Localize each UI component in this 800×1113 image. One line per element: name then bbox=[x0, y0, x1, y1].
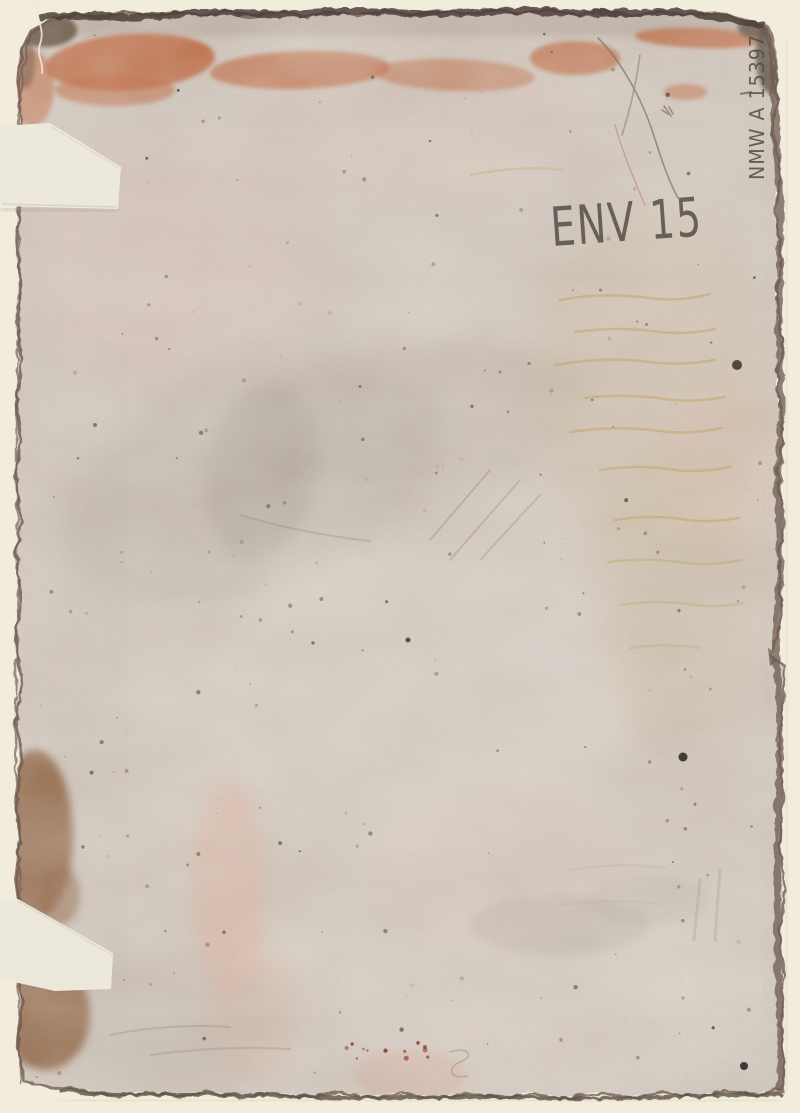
speckle bbox=[283, 501, 286, 504]
speckle bbox=[675, 403, 678, 406]
speckle bbox=[240, 615, 243, 618]
speckle bbox=[177, 89, 180, 92]
speckle bbox=[217, 813, 218, 814]
speckle bbox=[750, 825, 753, 828]
speckle bbox=[319, 101, 321, 103]
speckle bbox=[710, 341, 712, 343]
speckle bbox=[383, 929, 387, 933]
speckle bbox=[416, 1041, 420, 1045]
speckle bbox=[709, 688, 712, 691]
speckle bbox=[126, 834, 129, 837]
speckle bbox=[385, 600, 388, 603]
speckle bbox=[265, 583, 267, 585]
speckle bbox=[365, 478, 369, 482]
speckle bbox=[49, 590, 53, 594]
speckle bbox=[431, 262, 435, 266]
speckle bbox=[192, 311, 193, 312]
artwork-photo: ENV 15 NMW A 15397 bbox=[0, 0, 800, 1113]
speckle bbox=[697, 264, 699, 266]
fleck bbox=[740, 1062, 748, 1070]
speckle bbox=[648, 689, 651, 692]
speckle bbox=[121, 561, 123, 563]
speckle bbox=[495, 175, 497, 177]
speckle bbox=[371, 75, 375, 79]
speckle bbox=[147, 182, 148, 183]
speckle bbox=[145, 884, 149, 888]
speckle bbox=[561, 558, 562, 559]
speckle bbox=[237, 179, 239, 181]
speckle bbox=[499, 371, 502, 374]
speckle bbox=[656, 551, 659, 554]
speckle bbox=[164, 930, 167, 933]
speckle bbox=[540, 997, 542, 999]
speckle bbox=[266, 504, 270, 508]
speckle bbox=[611, 68, 615, 72]
speckle bbox=[199, 431, 203, 435]
speckle bbox=[648, 760, 652, 764]
speckle bbox=[321, 931, 323, 933]
speckle bbox=[649, 151, 651, 153]
speckle bbox=[99, 835, 101, 837]
speckle bbox=[90, 771, 94, 775]
speckle bbox=[311, 641, 314, 644]
speckle bbox=[435, 214, 438, 217]
speckle bbox=[582, 592, 584, 594]
speckle bbox=[545, 607, 548, 610]
speckle bbox=[737, 600, 739, 602]
speckle bbox=[736, 940, 740, 944]
shadow-bottom bbox=[62, 1100, 780, 1101]
speckle bbox=[232, 554, 235, 557]
speckle bbox=[403, 1050, 406, 1053]
speckle bbox=[666, 93, 670, 97]
speckle bbox=[694, 803, 697, 806]
speckle bbox=[259, 618, 262, 621]
speckle bbox=[559, 1038, 562, 1041]
speckle bbox=[399, 1027, 403, 1031]
speckle bbox=[543, 542, 545, 544]
speckle bbox=[361, 649, 363, 651]
speckle bbox=[113, 771, 115, 773]
speckle bbox=[186, 863, 189, 866]
fleck bbox=[93, 423, 97, 427]
speckle bbox=[615, 954, 617, 956]
speckle bbox=[351, 1042, 354, 1045]
speckle bbox=[753, 276, 756, 279]
speckle bbox=[69, 610, 73, 614]
speckle bbox=[94, 34, 96, 36]
speckle bbox=[368, 831, 372, 835]
speckle bbox=[248, 265, 251, 268]
speckle bbox=[407, 995, 409, 997]
speckle bbox=[155, 337, 159, 341]
speckle bbox=[549, 388, 553, 392]
speckle bbox=[53, 496, 55, 498]
speckle bbox=[687, 172, 691, 176]
speckle bbox=[176, 457, 178, 459]
speckle bbox=[81, 845, 85, 849]
speckle bbox=[584, 746, 586, 748]
speckle bbox=[410, 983, 414, 987]
speckle bbox=[716, 940, 718, 942]
speckle bbox=[286, 241, 290, 245]
speckle bbox=[539, 474, 541, 476]
speckle bbox=[242, 378, 246, 382]
speckle bbox=[435, 465, 439, 469]
speckle bbox=[689, 675, 693, 679]
speckle bbox=[40, 705, 42, 707]
speckle bbox=[122, 333, 124, 335]
speckle bbox=[465, 98, 467, 100]
speckle bbox=[345, 1046, 349, 1050]
speckle bbox=[77, 921, 79, 923]
speckle bbox=[617, 527, 620, 530]
speckle bbox=[168, 348, 170, 350]
speckle bbox=[77, 457, 79, 459]
speckle bbox=[677, 885, 680, 888]
speckle bbox=[681, 919, 684, 922]
speckle bbox=[572, 289, 574, 291]
speckle bbox=[747, 1008, 751, 1012]
speckle bbox=[407, 312, 409, 314]
speckle bbox=[487, 1043, 489, 1045]
speckle bbox=[677, 609, 680, 612]
speckle bbox=[608, 337, 611, 340]
speckle bbox=[242, 659, 243, 660]
speckle bbox=[145, 157, 148, 160]
speckle bbox=[470, 405, 473, 408]
speckle bbox=[488, 852, 489, 853]
speckle bbox=[429, 140, 432, 143]
speckle bbox=[351, 155, 353, 157]
speckle bbox=[116, 717, 118, 719]
speckle bbox=[591, 399, 594, 402]
speckle bbox=[120, 551, 123, 554]
speckle bbox=[366, 1049, 368, 1051]
speckle bbox=[198, 601, 200, 603]
speckle bbox=[316, 562, 318, 564]
speckle bbox=[298, 301, 303, 306]
speckle bbox=[423, 1045, 427, 1049]
speckle bbox=[569, 130, 572, 133]
speckle bbox=[681, 997, 684, 1000]
speckle bbox=[255, 704, 258, 707]
speckle bbox=[658, 753, 660, 755]
speckle bbox=[435, 472, 438, 475]
speckle bbox=[338, 1010, 340, 1012]
speckle bbox=[757, 499, 759, 501]
speckle bbox=[107, 854, 111, 858]
speckle bbox=[149, 983, 152, 986]
speckle bbox=[679, 1033, 681, 1035]
speckle bbox=[666, 819, 670, 823]
speckle bbox=[741, 585, 745, 589]
speckle bbox=[683, 827, 687, 831]
speckle bbox=[564, 537, 566, 539]
speckle bbox=[236, 670, 238, 672]
speckle bbox=[363, 823, 365, 825]
speckle bbox=[448, 552, 452, 556]
speckle bbox=[249, 683, 251, 685]
artwork-scan: ENV 15 NMW A 15397 bbox=[0, 0, 800, 1113]
speckle bbox=[361, 438, 365, 442]
speckle bbox=[573, 985, 577, 989]
speckle bbox=[599, 289, 602, 292]
speckle bbox=[196, 852, 200, 856]
speckle bbox=[636, 1056, 640, 1060]
inscription-accession-number: NMW A 15397 bbox=[745, 34, 769, 180]
speckle bbox=[150, 571, 152, 573]
speckle bbox=[712, 1026, 715, 1029]
speckle bbox=[218, 116, 221, 119]
speckle bbox=[182, 74, 184, 76]
speckle bbox=[57, 1071, 61, 1075]
speckle bbox=[222, 930, 225, 933]
speckle bbox=[426, 1056, 429, 1059]
speckle bbox=[202, 1037, 206, 1041]
shadow-right bbox=[786, 40, 787, 1090]
speckle bbox=[507, 410, 510, 413]
speckle bbox=[527, 362, 530, 365]
speckle bbox=[680, 787, 683, 790]
speckle bbox=[280, 356, 282, 358]
speckle bbox=[36, 1076, 38, 1078]
fleck bbox=[406, 638, 411, 643]
speckle bbox=[434, 672, 438, 676]
speckle bbox=[423, 509, 426, 512]
speckle bbox=[259, 807, 261, 809]
speckle bbox=[681, 983, 683, 985]
speckle bbox=[288, 604, 292, 608]
speckle bbox=[165, 275, 169, 279]
speckle bbox=[706, 874, 709, 877]
speckle bbox=[125, 769, 129, 773]
speckle bbox=[291, 630, 294, 633]
speckle bbox=[336, 977, 338, 979]
speckle bbox=[126, 732, 128, 734]
speckle bbox=[645, 323, 648, 326]
speckle bbox=[742, 486, 745, 489]
speckle bbox=[460, 976, 464, 980]
speckle bbox=[345, 812, 348, 815]
speckle bbox=[328, 311, 332, 315]
speckle bbox=[577, 612, 581, 616]
speckle bbox=[201, 120, 205, 124]
speckle bbox=[64, 756, 66, 758]
speckle bbox=[551, 51, 554, 54]
speckle bbox=[356, 845, 359, 848]
speckle bbox=[147, 303, 150, 306]
speckle bbox=[471, 132, 472, 133]
speckle bbox=[299, 850, 301, 852]
speckle bbox=[73, 371, 77, 375]
speckle bbox=[207, 551, 210, 554]
tape-shadow bbox=[0, 209, 117, 211]
speckle bbox=[362, 1048, 365, 1051]
speckle bbox=[636, 320, 638, 322]
speckle bbox=[356, 1057, 358, 1059]
speckle bbox=[442, 466, 445, 469]
speckle bbox=[484, 370, 486, 372]
speckle bbox=[758, 461, 762, 465]
speckle bbox=[319, 597, 323, 601]
speckle bbox=[123, 979, 125, 981]
speckle bbox=[339, 1012, 341, 1014]
speckle bbox=[496, 749, 499, 752]
inscription-env-number: ENV 15 bbox=[549, 186, 705, 259]
speckle bbox=[383, 1048, 387, 1052]
speckle bbox=[404, 1056, 409, 1061]
speckle bbox=[314, 1072, 316, 1074]
speckle bbox=[100, 740, 104, 744]
speckle bbox=[451, 1000, 452, 1001]
speckle bbox=[624, 498, 628, 502]
speckle bbox=[543, 33, 546, 36]
speckle bbox=[358, 385, 361, 388]
speckle bbox=[480, 91, 482, 93]
speckle bbox=[278, 841, 282, 845]
speckle bbox=[173, 972, 175, 974]
speckle bbox=[434, 659, 437, 662]
speckle bbox=[672, 861, 674, 863]
speckle bbox=[240, 540, 244, 544]
speckle bbox=[459, 457, 463, 461]
speckle bbox=[196, 690, 200, 694]
speckle bbox=[205, 943, 209, 947]
speckle bbox=[362, 177, 366, 181]
fleck bbox=[679, 753, 688, 762]
speckle bbox=[643, 531, 647, 535]
fleck bbox=[732, 360, 742, 370]
speckle bbox=[403, 347, 406, 350]
speckle bbox=[338, 399, 341, 402]
speckle bbox=[342, 170, 346, 174]
speckle bbox=[519, 208, 523, 212]
speckle bbox=[204, 428, 208, 432]
speckle bbox=[85, 612, 88, 615]
speckle bbox=[612, 426, 614, 428]
speckle bbox=[684, 668, 687, 671]
